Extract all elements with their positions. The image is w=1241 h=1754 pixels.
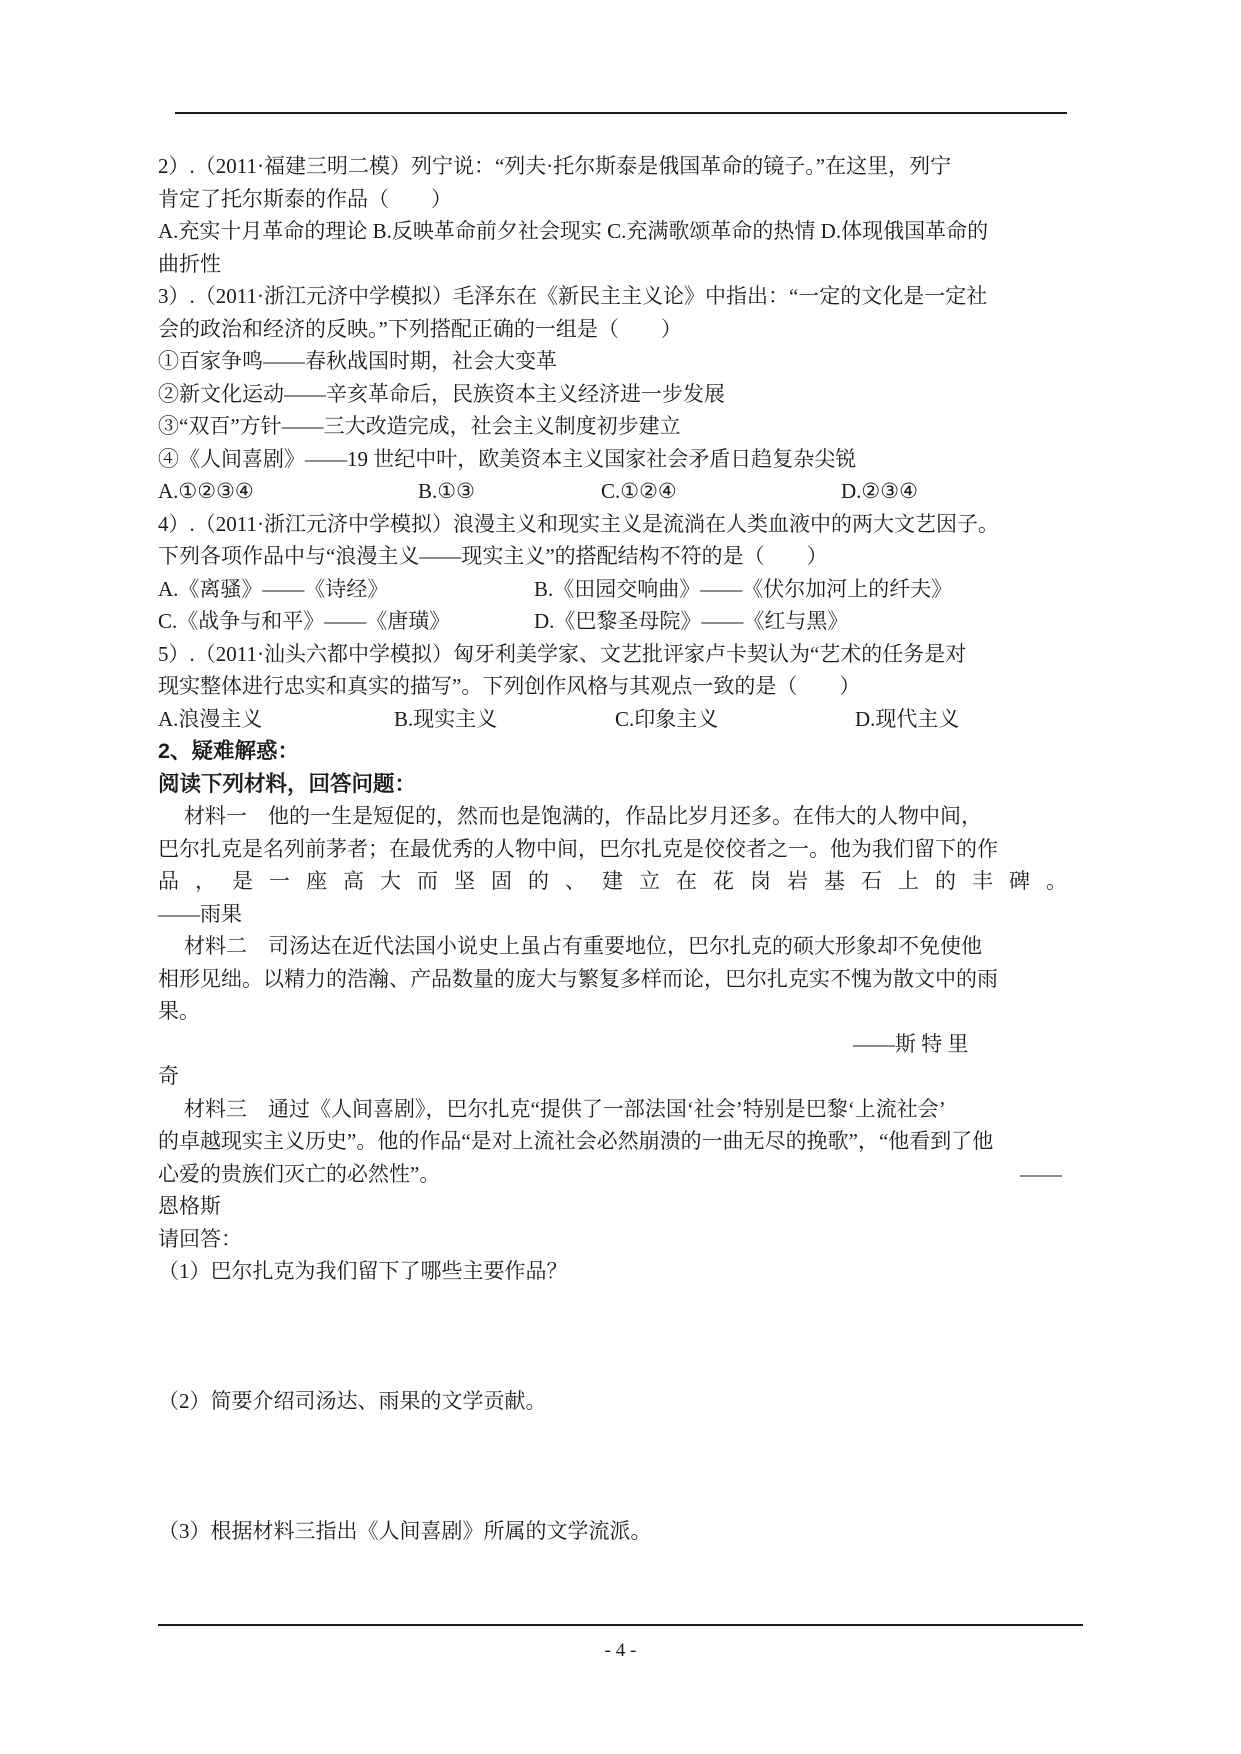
text-line: 曲折性: [158, 248, 1083, 281]
text-line: C.《战争与和平》——《唐璜》D.《巴黎圣母院》——《红与黑》: [158, 605, 1083, 638]
text-segment: D.②③④: [841, 475, 918, 508]
text-line: 品，是一座高大而坚固的、建立在花岗岩基石上的丰碑。: [158, 865, 1083, 898]
text-segment: D.《巴黎圣母院》——《红与黑》: [534, 605, 848, 638]
footer-rule: [158, 1624, 1083, 1626]
blank-line: [158, 1288, 1083, 1321]
text-line: （3）根据材料三指出《人间喜剧》所属的文学流派。: [158, 1515, 1083, 1548]
text-line: 相形见绌。以精力的浩瀚、产品数量的庞大与繁复多样而论，巴尔扎克实不愧为散文中的雨: [158, 963, 1083, 996]
text-line: A.充实十月革命的理论 B.反映革命前夕社会现实 C.充满歌颂革命的热情 D.体…: [158, 215, 1083, 248]
header-rule: [175, 112, 1067, 114]
text-line: 4）.（2011·浙江元济中学模拟）浪漫主义和现实主义是流淌在人类血液中的两大文…: [158, 508, 1083, 541]
text-segment: C.印象主义: [615, 703, 718, 736]
text-line: 奇: [158, 1060, 1083, 1093]
text-segment: B.现实主义: [394, 703, 497, 736]
text-line: 会的政治和经济的反映。”下列搭配正确的一组是（ ）: [158, 313, 1083, 346]
text-segment: A.《离骚》——《诗经》: [158, 573, 388, 606]
text-line: 的卓越现实主义历史”。他的作品“是对上流社会必然崩溃的一曲无尽的挽歌”，“他看到…: [158, 1125, 1083, 1158]
text-line: A.①②③④B.①③C.①②④D.②③④: [158, 475, 1083, 508]
text-line: 请回答：: [158, 1223, 1083, 1256]
text-line: 材料三 通过《人间喜剧》，巴尔扎克“提供了一部法国‘社会’特别是巴黎‘上流社会’: [158, 1093, 1083, 1126]
text-line: 肯定了托尔斯泰的作品（ ）: [158, 183, 1083, 216]
text-segment: D.现代主义: [855, 703, 959, 736]
text-segment: A.浪漫主义: [158, 703, 262, 736]
page-number: - 4 -: [0, 1640, 1241, 1662]
text-line: ②新文化运动——辛亥革命后，民族资本主义经济进一步发展: [158, 378, 1083, 411]
text-segment: A.①②③④: [158, 475, 254, 508]
text-line: ③“双百”方针——三大改造完成，社会主义制度初步建立: [158, 410, 1083, 443]
text-line: 巴尔扎克是名列前茅者；在最优秀的人物中间，巴尔扎克是佼佼者之一。他为我们留下的作: [158, 833, 1083, 866]
blank-line: [158, 1320, 1083, 1353]
text-segment: ——: [1020, 1158, 1062, 1191]
blank-line: [158, 1483, 1083, 1516]
text-line: （1）巴尔扎克为我们留下了哪些主要作品？: [158, 1255, 1083, 1288]
text-line: ④《人间喜剧》——19 世纪中叶，欧美资本主义国家社会矛盾日趋复杂尖锐: [158, 443, 1083, 476]
text-line: ①百家争鸣——春秋战国时期，社会大变革: [158, 345, 1083, 378]
text-line: 恩格斯: [158, 1190, 1083, 1223]
text-line: 5）.（2011·汕头六都中学模拟）匈牙利美学家、文艺批评家卢卡契认为“艺术的任…: [158, 638, 1083, 671]
text-segment: 心爱的贵族们灭亡的必然性”。: [158, 1158, 440, 1191]
text-line: ——斯 特 里: [158, 1028, 1083, 1061]
text-segment: C.《战争与和平》——《唐璜》: [158, 605, 450, 638]
text-line: 果。: [158, 995, 1083, 1028]
text-line: ——雨果: [158, 898, 1083, 931]
text-line: 材料二 司汤达在近代法国小说史上虽占有重要地位，巴尔扎克的硕大形象却不免使他: [158, 930, 1083, 963]
document-body: 2）.（2011·福建三明二模）列宁说：“列夫·托尔斯泰是俄国革命的镜子。”在这…: [158, 150, 1083, 1548]
document-page: 2）.（2011·福建三明二模）列宁说：“列夫·托尔斯泰是俄国革命的镜子。”在这…: [0, 0, 1241, 1754]
text-line: A.浪漫主义B.现实主义C.印象主义D.现代主义: [158, 703, 1083, 736]
text-line: 现实整体进行忠实和真实的描写”。下列创作风格与其观点一致的是（ ）: [158, 670, 1083, 703]
text-line: 3）.（2011·浙江元济中学模拟）毛泽东在《新民主主义论》中指出：“一定的文化…: [158, 280, 1083, 313]
text-line: 心爱的贵族们灭亡的必然性”。——: [158, 1158, 1083, 1191]
text-line: 材料一 他的一生是短促的，然而也是饱满的，作品比岁月还多。在伟大的人物中间，: [158, 800, 1083, 833]
blank-line: [158, 1418, 1083, 1451]
text-line: 2、疑难解惑：: [158, 735, 1083, 768]
text-line: A.《离骚》——《诗经》B.《田园交响曲》——《伏尔加河上的纤夫》: [158, 573, 1083, 606]
text-segment: C.①②④: [601, 475, 677, 508]
blank-line: [158, 1450, 1083, 1483]
text-line: 阅读下列材料，回答问题：: [158, 768, 1083, 801]
blank-line: [158, 1353, 1083, 1386]
text-segment: B.①③: [418, 475, 475, 508]
text-line: 2）.（2011·福建三明二模）列宁说：“列夫·托尔斯泰是俄国革命的镜子。”在这…: [158, 150, 1083, 183]
text-segment: ——斯 特 里: [853, 1028, 969, 1061]
text-line: 下列各项作品中与“浪漫主义——现实主义”的搭配结构不符的是（ ）: [158, 540, 1083, 573]
text-line: （2）简要介绍司汤达、雨果的文学贡献。: [158, 1385, 1083, 1418]
text-segment: B.《田园交响曲》——《伏尔加河上的纤夫》: [534, 573, 952, 606]
